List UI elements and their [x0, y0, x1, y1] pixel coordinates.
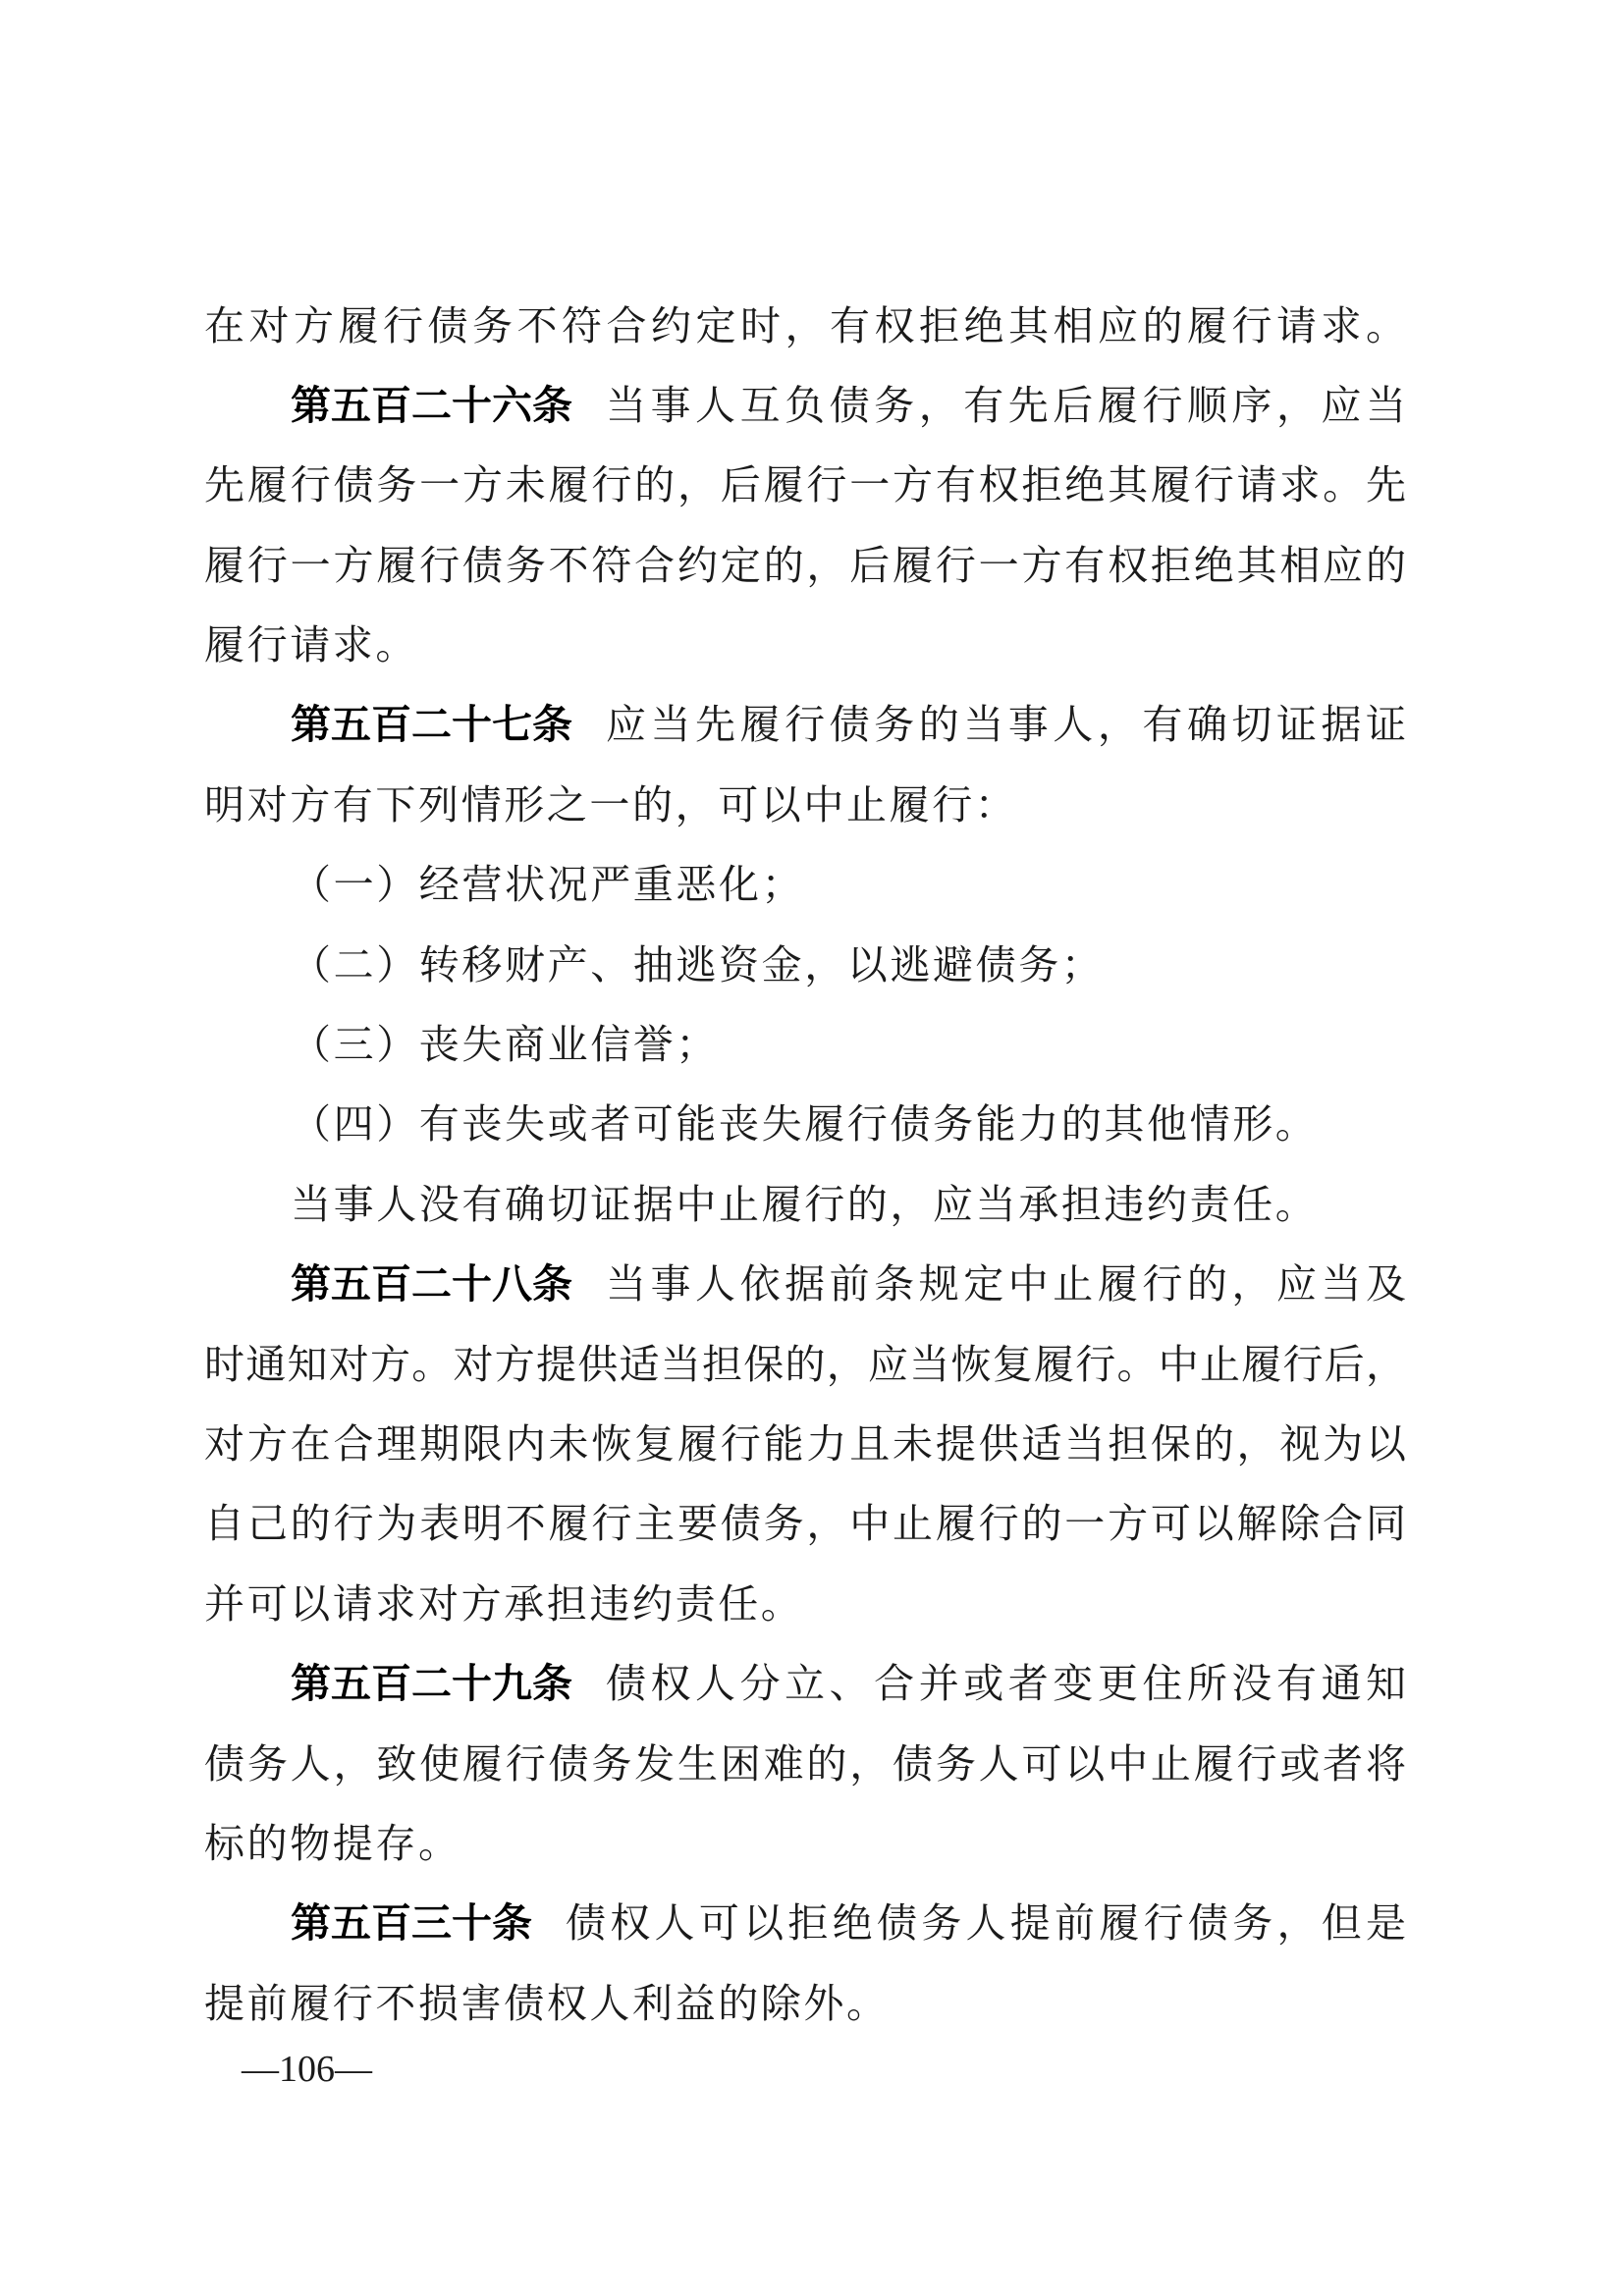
document-page: 在对方履行债务不符合约定时，有权拒绝其相应的履行请求。 第五百二十六条 当事人互…	[0, 0, 1624, 2296]
article-text: 债权人可以拒绝债务人提前履行债务，但是	[566, 1894, 1406, 1952]
paragraph-line: 提前履行不损害债权人利益的除外。	[204, 1974, 890, 2033]
paragraph-line: 时通知对方。对方提供适当担保的，应当恢复履行。中止履行后，	[204, 1335, 1406, 1394]
article-527-line: 第五百二十七条 应当先履行债务的当事人，有确切证据证	[291, 695, 1406, 754]
paragraph-line: 自己的行为表明不履行主要债务，中止履行的一方可以解除合同	[204, 1494, 1406, 1553]
article-526-line: 第五百二十六条 当事人互负债务，有先后履行顺序，应当	[291, 376, 1406, 435]
article-text: 债权人分立、合并或者变更住所没有通知	[606, 1654, 1406, 1713]
paragraph-line: 履行请求。	[204, 615, 418, 674]
paragraph-line: 并可以请求对方承担违约责任。	[204, 1575, 803, 1633]
page-number: —106—	[242, 2050, 372, 2089]
article-heading-526: 第五百二十六条	[291, 376, 572, 435]
list-item-2: （二）转移财产、抽逃资金，以逃避债务；	[291, 935, 1104, 994]
article-text: 应当先履行债务的当事人，有确切证据证	[606, 695, 1406, 754]
paragraph-line: 明对方有下列情形之一的，可以中止履行：	[204, 775, 1017, 834]
article-530-line: 第五百三十条 债权人可以拒绝债务人提前履行债务，但是	[291, 1894, 1406, 1952]
paragraph-line: 对方在合理期限内未恢复履行能力且未提供适当担保的，视为以	[204, 1415, 1406, 1473]
list-item-1: （一）经营状况严重恶化；	[291, 855, 804, 914]
paragraph-line: 在对方履行债务不符合约定时，有权拒绝其相应的履行请求。	[204, 296, 1406, 355]
article-528-line: 第五百二十八条 当事人依据前条规定中止履行的，应当及	[291, 1255, 1406, 1313]
paragraph-line: 先履行债务一方未履行的，后履行一方有权拒绝其履行请求。先	[204, 455, 1406, 514]
article-text: 当事人互负债务，有先后履行顺序，应当	[606, 376, 1406, 435]
article-heading-528: 第五百二十八条	[291, 1255, 572, 1313]
article-heading-527: 第五百二十七条	[291, 695, 572, 754]
paragraph-line: 当事人没有确切证据中止履行的，应当承担违约责任。	[291, 1175, 1318, 1234]
paragraph-line: 债务人，致使履行债务发生困难的，债务人可以中止履行或者将	[204, 1735, 1406, 1793]
article-text: 当事人依据前条规定中止履行的，应当及	[606, 1255, 1406, 1313]
article-heading-529: 第五百二十九条	[291, 1654, 572, 1713]
list-item-4: （四）有丧失或者可能丧失履行债务能力的其他情形。	[291, 1095, 1318, 1153]
paragraph-line: 标的物提存。	[204, 1814, 461, 1873]
list-item-3: （三）丧失商业信誉；	[291, 1015, 719, 1074]
paragraph-line: 履行一方履行债务不符合约定的，后履行一方有权拒绝其相应的	[204, 536, 1406, 595]
article-529-line: 第五百二十九条 债权人分立、合并或者变更住所没有通知	[291, 1654, 1406, 1713]
article-heading-530: 第五百三十条	[291, 1894, 532, 1952]
